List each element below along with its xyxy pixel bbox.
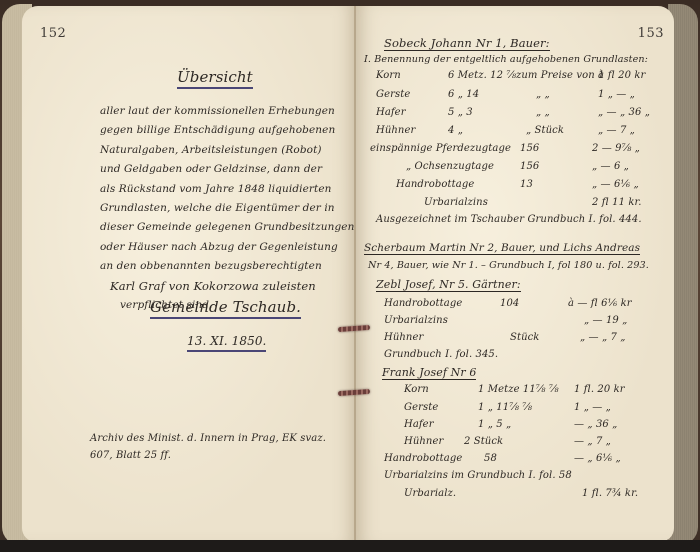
row-qty: 156 — [520, 143, 539, 154]
row-item: Korn — [376, 70, 401, 81]
row-item: Korn — [404, 384, 429, 395]
row-qty: 156 — [520, 161, 539, 172]
row-amount: — „ 36 „ — [574, 419, 617, 430]
left-page: 152 Übersicht aller laut der kommissione… — [22, 6, 356, 542]
row-qty: 6 Metz. 12 ⅞ — [448, 70, 516, 81]
row-qty: 2 Stück — [464, 436, 503, 447]
intro-line: an den obbenannten bezugsberechtigten — [100, 257, 370, 276]
row-qty: 104 — [500, 298, 519, 309]
row-amount: 1 „ — „ — [574, 402, 611, 413]
intro-line: Grundlasten, welche die Eigentümer der i… — [100, 199, 370, 218]
row-item: Urbarialzins — [384, 315, 448, 326]
row-amount: „ — „ 36 „ — [598, 107, 650, 118]
open-book: 152 Übersicht aller laut der kommissione… — [0, 0, 700, 552]
intro-line: gegen billige Entschädigung aufgehobenen — [100, 121, 370, 140]
row-note: „ „ — [536, 107, 550, 118]
row-item: Urbarialzins — [424, 197, 488, 208]
row-amount: „ — 6⅙ „ — [592, 179, 639, 190]
row-note: „ Stück — [526, 125, 564, 136]
intro-paragraph: aller laut der kommissionellen Erhebunge… — [100, 102, 370, 315]
row-amount: — „ 7 „ — [574, 436, 611, 447]
row-amount: 1 fl 20 kr — [598, 70, 645, 81]
book-cover-edge — [0, 540, 700, 552]
intro-line: oder Häuser nach Abzug der Gegenleistung — [100, 238, 370, 257]
page-number-right: 153 — [638, 26, 664, 41]
row-qty: 4 „ — [448, 125, 463, 136]
row-item: Hühner — [404, 436, 443, 447]
row-qty: 5 „ 3 — [448, 107, 473, 118]
entry-footer: Urbarialzins im Grundbuch I. fol. 58 — [384, 470, 572, 481]
intro-line: und Geldgaben oder Geldzinse, dann der — [100, 160, 370, 179]
total-label: Urbarialz. — [404, 488, 456, 499]
row-amount: „ — 7 „ — [598, 125, 635, 136]
document-date: 13. XI. 1850. — [187, 334, 266, 352]
row-item: Handrobottage — [384, 298, 462, 309]
row-qty: 6 „ 14 — [448, 89, 479, 100]
row-item: einspännige Pferdezugtage — [370, 143, 511, 154]
row-item: Hafer — [404, 419, 434, 430]
row-item: Hafer — [376, 107, 406, 118]
row-note: „ „ — [536, 89, 550, 100]
archive-line: Archiv des Minist. d. Innern in Prag, EK… — [90, 430, 326, 447]
intro-line: Naturalgaben, Arbeitsleistungen (Robot) — [100, 141, 370, 160]
page-title: Übersicht — [177, 68, 253, 89]
row-item: Hühner — [376, 125, 415, 136]
row-amount: 1 fl. 20 kr — [574, 384, 625, 395]
row-note: Stück — [510, 332, 539, 343]
row-item: Handrobottage — [396, 179, 474, 190]
row-item: Gerste — [404, 402, 438, 413]
row-amount: „ — „ 7 „ — [580, 332, 626, 343]
row-amount: 1 „ — „ — [598, 89, 635, 100]
archive-line: 607, Blatt 25 ff. — [90, 447, 326, 464]
archive-reference: Archiv des Minist. d. Innern in Prag, EK… — [90, 430, 326, 464]
right-page: 153 Sobeck Johann Nr 1, Bauer: I. Benenn… — [356, 6, 674, 542]
entry-heading: Sobeck Johann Nr 1, Bauer: — [384, 36, 550, 51]
row-amount: à — fl 6⅙ kr — [568, 298, 632, 309]
row-item: Hühner — [384, 332, 423, 343]
row-qty: 1 „ 11⅞ ⅞ — [478, 402, 532, 413]
row-amount: — „ 6⅙ „ — [574, 453, 621, 464]
row-qty: 1 Metze 11⅞ ⅞ — [478, 384, 559, 395]
entry-subheading: I. Benennung der entgeltlich aufgehobene… — [364, 54, 648, 65]
entry-heading: Zebl Josef, Nr 5. Gärtner: — [376, 278, 521, 292]
intro-line: Karl Graf von Kokorzowa zuleisten — [100, 277, 370, 296]
row-item: Gerste — [376, 89, 410, 100]
intro-line: dieser Gemeinde gelegenen Grundbesitzung… — [100, 218, 370, 237]
entry-heading: Scherbaum Martin Nr 2, Bauer, und Lichs … — [364, 242, 640, 255]
entry-heading: Frank Josef Nr 6 — [382, 366, 476, 380]
row-item: Handrobottage — [384, 453, 462, 464]
entry-line: Nr 4, Bauer, wie Nr 1. – Grundbuch I, fo… — [368, 260, 649, 271]
row-amount: „ — 6 „ — [592, 161, 629, 172]
entry-footer: Ausgezeichnet im Tschauber Grundbuch I. … — [376, 214, 642, 225]
row-item: „ Ochsenzugtage — [406, 161, 494, 172]
row-qty: 1 „ 5 „ — [478, 419, 511, 430]
entry-footer: Grundbuch I. fol. 345. — [384, 349, 498, 360]
row-qty: 13 — [520, 179, 533, 190]
total-amount: 1 fl. 7¾ kr. — [582, 488, 638, 499]
row-qty: 58 — [484, 453, 497, 464]
row-amount: „ — 19 „ — [584, 315, 627, 326]
row-note: zum Preise von à — [516, 70, 604, 81]
page-number-left: 152 — [40, 26, 66, 41]
row-amount: 2 fl 11 kr. — [592, 197, 642, 208]
row-amount: 2 — 9⅞ „ — [592, 143, 640, 154]
municipality-title: Gemeinde Tschaub. — [150, 298, 301, 319]
intro-line: als Rückstand vom Jahre 1848 liquidierte… — [100, 180, 370, 199]
intro-line: aller laut der kommissionellen Erhebunge… — [100, 102, 370, 121]
